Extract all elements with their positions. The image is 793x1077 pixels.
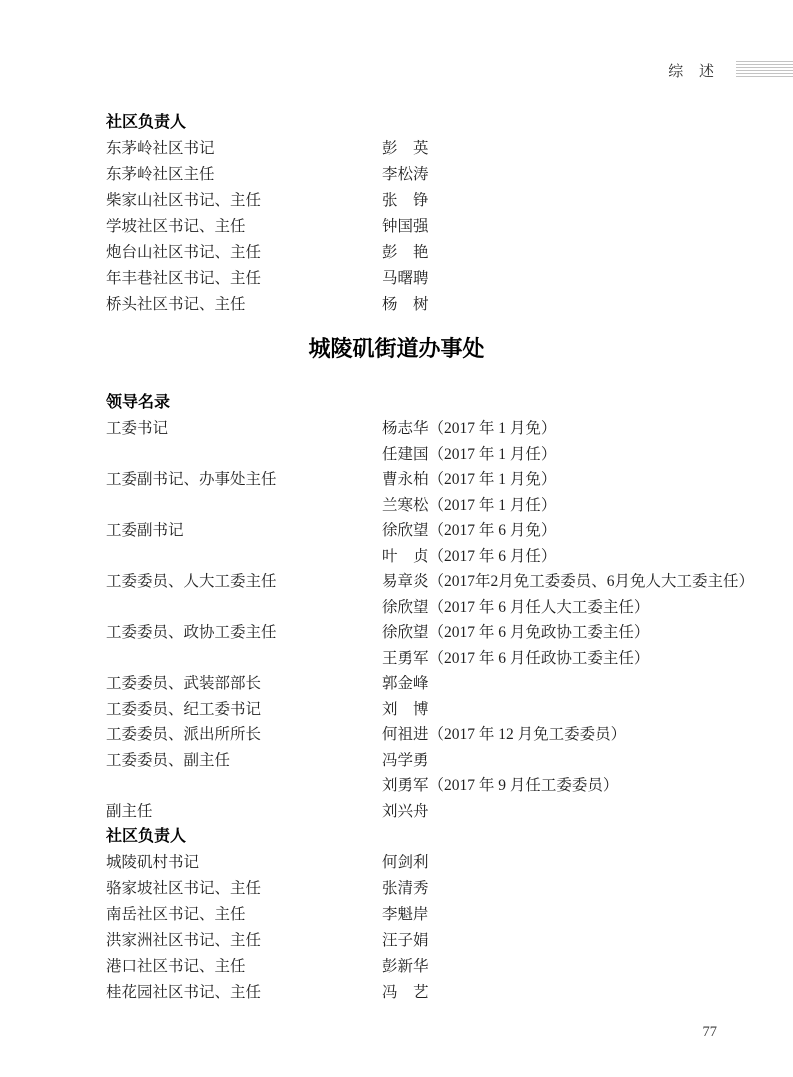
- name-cell: 彭 艳: [382, 240, 772, 266]
- table-row: 刘勇军（2017 年 9 月任工委委员）: [106, 773, 772, 799]
- position-cell: 港口社区书记、主任: [106, 954, 382, 980]
- name-cell: 彭 英: [382, 136, 772, 162]
- position-cell: 城陵矶村书记: [106, 850, 382, 876]
- section-heading: 社区负责人: [106, 110, 772, 136]
- name-cell: 冯学勇: [382, 748, 772, 774]
- name-cell: 张清秀: [382, 876, 772, 902]
- table-row: 东茅岭社区书记彭 英: [106, 136, 772, 162]
- name-cell: 兰寒松（2017 年 1 月任）: [382, 493, 772, 519]
- table-row: 骆家坡社区书记、主任张清秀: [106, 876, 772, 902]
- running-header-title: 综 述: [668, 60, 715, 81]
- name-cell: 马曙聘: [382, 266, 772, 292]
- position-cell: 工委委员、人大工委主任: [106, 569, 382, 595]
- position-cell: 南岳社区书记、主任: [106, 902, 382, 928]
- name-cell: 何剑利: [382, 850, 772, 876]
- name-cell: 汪子娟: [382, 928, 772, 954]
- table-row: 工委委员、副主任冯学勇: [106, 748, 772, 774]
- table-row: 洪家洲社区书记、主任汪子娟: [106, 928, 772, 954]
- position-cell: 学坡社区书记、主任: [106, 214, 382, 240]
- chapter-title: 城陵矶街道办事处: [0, 334, 793, 364]
- section-heading: 社区负责人: [106, 824, 772, 850]
- position-cell: 工委委员、副主任: [106, 748, 382, 774]
- position-cell: 炮台山社区书记、主任: [106, 240, 382, 266]
- name-cell: 李魁岸: [382, 902, 772, 928]
- name-cell: 李松涛: [382, 162, 772, 188]
- position-cell: 骆家坡社区书记、主任: [106, 876, 382, 902]
- list-section: 社区负责人东茅岭社区书记彭 英东茅岭社区主任李松涛柴家山社区书记、主任张 铮学坡…: [106, 110, 772, 318]
- name-cell: 杨 树: [382, 292, 772, 318]
- position-cell: 工委委员、纪工委书记: [106, 697, 382, 723]
- table-row: 王勇军（2017 年 6 月任政协工委主任）: [106, 646, 772, 672]
- table-row: 工委委员、政协工委主任徐欣望（2017 年 6 月免政协工委主任）: [106, 620, 772, 646]
- document-page: 综 述 社区负责人东茅岭社区书记彭 英东茅岭社区主任李松涛柴家山社区书记、主任张…: [0, 0, 793, 1077]
- position-cell: 工委委员、武装部部长: [106, 671, 382, 697]
- name-cell: 何祖进（2017 年 12 月免工委委员）: [382, 722, 772, 748]
- name-cell: 刘 博: [382, 697, 772, 723]
- table-row: 任建国（2017 年 1 月任）: [106, 442, 772, 468]
- position-cell: 洪家洲社区书记、主任: [106, 928, 382, 954]
- name-cell: 刘兴舟: [382, 799, 772, 825]
- table-row: 桥头社区书记、主任杨 树: [106, 292, 772, 318]
- table-row: 叶 贞（2017 年 6 月任）: [106, 544, 772, 570]
- table-row: 工委书记杨志华（2017 年 1 月免）: [106, 416, 772, 442]
- position-cell: 桥头社区书记、主任: [106, 292, 382, 318]
- position-cell: 工委副书记、办事处主任: [106, 467, 382, 493]
- table-row: 学坡社区书记、主任钟国强: [106, 214, 772, 240]
- table-row: 炮台山社区书记、主任彭 艳: [106, 240, 772, 266]
- table-row: 城陵矶村书记何剑利: [106, 850, 772, 876]
- name-cell: 徐欣望（2017 年 6 月免政协工委主任）: [382, 620, 772, 646]
- position-cell: 工委副书记: [106, 518, 382, 544]
- header-rule-lines: [736, 61, 793, 77]
- position-cell: 副主任: [106, 799, 382, 825]
- table-row: 工委委员、人大工委主任易章炎（2017年2月免工委委员、6月免人大工委主任）: [106, 569, 772, 595]
- position-cell: 桂花园社区书记、主任: [106, 980, 382, 1006]
- table-row: 工委委员、派出所所长何祖进（2017 年 12 月免工委委员）: [106, 722, 772, 748]
- position-cell: 工委书记: [106, 416, 382, 442]
- name-cell: 冯 艺: [382, 980, 772, 1006]
- position-cell: 柴家山社区书记、主任: [106, 188, 382, 214]
- position-cell: [106, 646, 382, 672]
- table-row: 徐欣望（2017 年 6 月任人大工委主任）: [106, 595, 772, 621]
- table-row: 工委委员、纪工委书记刘 博: [106, 697, 772, 723]
- position-cell: 工委委员、派出所所长: [106, 722, 382, 748]
- table-row: 南岳社区书记、主任李魁岸: [106, 902, 772, 928]
- name-cell: 杨志华（2017 年 1 月免）: [382, 416, 772, 442]
- name-cell: 郭金峰: [382, 671, 772, 697]
- table-row: 桂花园社区书记、主任冯 艺: [106, 980, 772, 1006]
- page-number: 77: [703, 1024, 718, 1041]
- list-section: 社区负责人城陵矶村书记何剑利骆家坡社区书记、主任张清秀南岳社区书记、主任李魁岸洪…: [106, 824, 772, 1006]
- name-cell: 易章炎（2017年2月免工委委员、6月免人大工委主任）: [382, 569, 772, 595]
- table-row: 东茅岭社区主任李松涛: [106, 162, 772, 188]
- name-cell: 徐欣望（2017 年 6 月免）: [382, 518, 772, 544]
- table-row: 兰寒松（2017 年 1 月任）: [106, 493, 772, 519]
- name-cell: 刘勇军（2017 年 9 月任工委委员）: [382, 773, 772, 799]
- name-cell: 叶 贞（2017 年 6 月任）: [382, 544, 772, 570]
- table-row: 副主任刘兴舟: [106, 799, 772, 825]
- name-cell: 彭新华: [382, 954, 772, 980]
- table-row: 工委副书记徐欣望（2017 年 6 月免）: [106, 518, 772, 544]
- position-cell: [106, 595, 382, 621]
- position-cell: [106, 773, 382, 799]
- table-row: 工委副书记、办事处主任曹永柏（2017 年 1 月免）: [106, 467, 772, 493]
- name-cell: 任建国（2017 年 1 月任）: [382, 442, 772, 468]
- position-cell: 工委委员、政协工委主任: [106, 620, 382, 646]
- position-cell: [106, 493, 382, 519]
- table-row: 港口社区书记、主任彭新华: [106, 954, 772, 980]
- position-cell: [106, 544, 382, 570]
- name-cell: 钟国强: [382, 214, 772, 240]
- table-row: 工委委员、武装部部长郭金峰: [106, 671, 772, 697]
- table-row: 年丰巷社区书记、主任马曙聘: [106, 266, 772, 292]
- position-cell: 年丰巷社区书记、主任: [106, 266, 382, 292]
- page-content: 社区负责人东茅岭社区书记彭 英东茅岭社区主任李松涛柴家山社区书记、主任张 铮学坡…: [106, 110, 772, 1006]
- position-cell: 东茅岭社区主任: [106, 162, 382, 188]
- section-heading: 领导名录: [106, 390, 772, 416]
- name-cell: 徐欣望（2017 年 6 月任人大工委主任）: [382, 595, 772, 621]
- position-cell: [106, 442, 382, 468]
- name-cell: 张 铮: [382, 188, 772, 214]
- name-cell: 曹永柏（2017 年 1 月免）: [382, 467, 772, 493]
- name-cell: 王勇军（2017 年 6 月任政协工委主任）: [382, 646, 772, 672]
- table-row: 柴家山社区书记、主任张 铮: [106, 188, 772, 214]
- position-cell: 东茅岭社区书记: [106, 136, 382, 162]
- list-section: 领导名录工委书记杨志华（2017 年 1 月免）任建国（2017 年 1 月任）…: [106, 390, 772, 824]
